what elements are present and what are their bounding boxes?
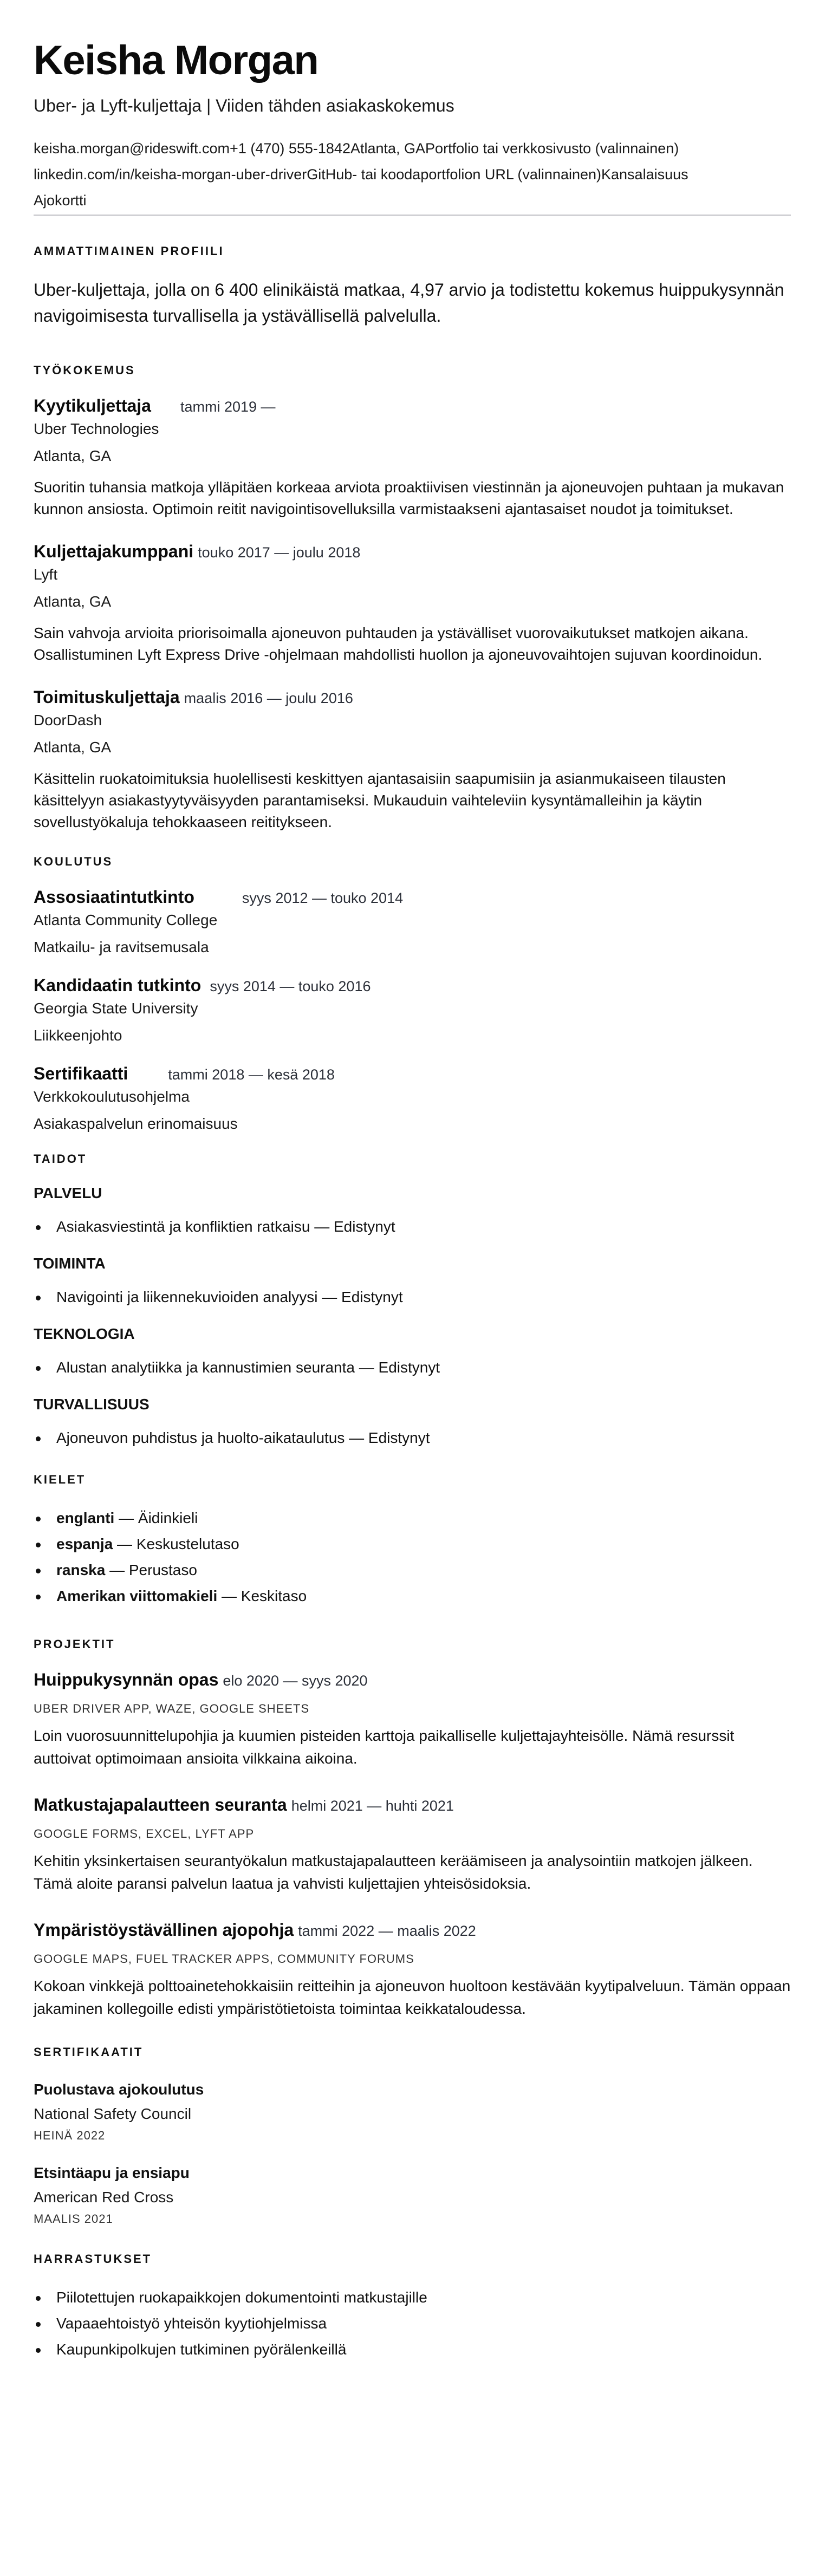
job-title: Kyytikuljettaja <box>34 396 151 416</box>
project-name: Huippukysynnän opas <box>34 1670 218 1690</box>
project-dates: helmi 2021 — huhti 2021 <box>291 1798 454 1814</box>
certification-entry: Puolustava ajokoulutusNational Safety Co… <box>34 2078 791 2145</box>
project-entry: Matkustajapalautteen seurantahelmi 2021 … <box>34 1795 791 1895</box>
headline: Uber- ja Lyft-kuljettaja | Viiden tähden… <box>34 95 791 116</box>
contact-line-2: linkedin.com/in/keisha-morgan-uber-drive… <box>34 161 791 187</box>
language-level: — Perustaso <box>105 1562 197 1578</box>
experience-section: Työkokemus Kyytikuljettajatammi 2019 —Ub… <box>34 363 791 833</box>
certification-name: Puolustava ajokoulutus <box>34 2078 791 2102</box>
contact-info: keisha.morgan@rideswift.com+1 (470) 555-… <box>34 135 791 213</box>
skill-item: Alustan analytiikka ja kannustimien seur… <box>34 1355 791 1381</box>
language-name: englanti <box>56 1510 114 1526</box>
degree-title: Sertifikaatti <box>34 1064 128 1084</box>
school-name: Verkkokoulutusohjelma <box>34 1085 791 1109</box>
job-location: Atlanta, GA <box>34 736 791 759</box>
citizenship: Kansalaisuus <box>601 166 688 183</box>
language-name: Amerikan viittomakieli <box>56 1588 217 1604</box>
contact-line-3: Ajokortti <box>34 187 791 213</box>
profile-section: Ammattimainen profiili Uber-kuljettaja, … <box>34 244 791 329</box>
language-item: ranska — Perustaso <box>34 1557 791 1583</box>
experience-entry: Kuljettajakumppanitouko 2017 — joulu 201… <box>34 542 791 666</box>
language-name: espanja <box>56 1536 113 1552</box>
header-divider <box>34 214 791 216</box>
project-tech-stack: Uber Driver App, Waze, Google Sheets <box>34 1702 791 1716</box>
skill-item: Ajoneuvon puhdistus ja huolto-aikataulut… <box>34 1425 791 1451</box>
skill-group: PalveluAsiakasviestintä ja konfliktien r… <box>34 1185 791 1240</box>
company-name: DoorDash <box>34 708 791 732</box>
interests-section: Harrastukset Piilotettujen ruokapaikkoje… <box>34 2252 791 2363</box>
section-title: Harrastukset <box>34 2252 791 2266</box>
skill-group: ToimintaNavigointi ja liikennekuvioiden … <box>34 1255 791 1310</box>
project-description: Kokoan vinkkejä polttoainetehokkaisiin r… <box>34 1975 791 2020</box>
education-dates: syys 2012 — touko 2014 <box>242 890 403 907</box>
degree-title: Assosiaatintutkinto <box>34 887 194 907</box>
job-location: Atlanta, GA <box>34 590 791 614</box>
skill-list: Asiakasviestintä ja konfliktien ratkaisu… <box>34 1214 791 1240</box>
project-name: Ympäristöystävällinen ajopohja <box>34 1920 294 1940</box>
section-title: Sertifikaatit <box>34 2045 791 2059</box>
company-name: Lyft <box>34 563 791 587</box>
school-name: Atlanta Community College <box>34 908 791 932</box>
entry-header: Ympäristöystävällinen ajopohjatammi 2022… <box>34 1920 791 1940</box>
skills-list: PalveluAsiakasviestintä ja konfliktien r… <box>34 1185 791 1451</box>
contact-line-1: keisha.morgan@rideswift.com+1 (470) 555-… <box>34 135 791 161</box>
education-dates: tammi 2018 — kesä 2018 <box>168 1066 335 1083</box>
education-section: Koulutus Assosiaatintutkintosyys 2012 — … <box>34 855 791 1136</box>
job-location: Atlanta, GA <box>34 444 791 468</box>
drivers-license: Ajokortti <box>34 192 87 209</box>
project-dates: elo 2020 — syys 2020 <box>223 1673 367 1689</box>
certification-issuer: American Red Cross <box>34 2185 791 2210</box>
email-link[interactable]: keisha.morgan@rideswift.com <box>34 140 230 157</box>
field-of-study: Matkailu- ja ravitsemusala <box>34 935 791 959</box>
language-item: englanti — Äidinkieli <box>34 1505 791 1531</box>
project-description: Kehitin yksinkertaisen seurantyökalun ma… <box>34 1850 791 1895</box>
job-title: Kuljettajakumppani <box>34 542 193 562</box>
education-dates: syys 2014 — touko 2016 <box>210 978 370 995</box>
skills-section: Taidot PalveluAsiakasviestintä ja konfli… <box>34 1152 791 1451</box>
education-entry: Kandidaatin tutkintosyys 2014 — touko 20… <box>34 975 791 1048</box>
section-title: Taidot <box>34 1152 791 1166</box>
project-tech-stack: Google Maps, Fuel Tracker Apps, Communit… <box>34 1952 791 1966</box>
certification-name: Etsintäapu ja ensiapu <box>34 2161 791 2185</box>
projects-section: Projektit Huippukysynnän opaselo 2020 — … <box>34 1637 791 2020</box>
certification-entry: Etsintäapu ja ensiapuAmerican Red CrossM… <box>34 2161 791 2228</box>
company-name: Uber Technologies <box>34 417 791 441</box>
experience-list: Kyytikuljettajatammi 2019 —Uber Technolo… <box>34 396 791 833</box>
skill-category: Turvallisuus <box>34 1396 791 1413</box>
section-title: Koulutus <box>34 855 791 869</box>
job-dates: tammi 2019 — <box>180 399 276 415</box>
skill-group: TurvallisuusAjoneuvon puhdistus ja huolt… <box>34 1396 791 1451</box>
job-description: Sain vahvoja arvioita priorisoimalla ajo… <box>34 622 791 666</box>
skill-category: Palvelu <box>34 1185 791 1202</box>
job-description: Käsittelin ruokatoimituksia huolellisest… <box>34 768 791 833</box>
entry-header: Kandidaatin tutkintosyys 2014 — touko 20… <box>34 975 791 996</box>
project-entry: Ympäristöystävällinen ajopohjatammi 2022… <box>34 1920 791 2020</box>
skill-list: Alustan analytiikka ja kannustimien seur… <box>34 1355 791 1381</box>
section-title: Kielet <box>34 1473 791 1487</box>
certification-issuer: National Safety Council <box>34 2102 791 2126</box>
school-name: Georgia State University <box>34 997 791 1020</box>
portfolio-link[interactable]: Portfolio tai verkkosivusto (valinnainen… <box>425 140 679 157</box>
profile-summary: Uber-kuljettaja, jolla on 6 400 elinikäi… <box>34 277 791 329</box>
entry-header: Kyytikuljettajatammi 2019 — <box>34 396 791 416</box>
skill-group: TeknologiaAlustan analytiikka ja kannust… <box>34 1325 791 1381</box>
languages-list: englanti — Äidinkieliespanja — Keskustel… <box>34 1505 791 1609</box>
field-of-study: Asiakaspalvelun erinomaisuus <box>34 1112 791 1136</box>
interest-item: Piilotettujen ruokapaikkojen dokumentoin… <box>34 2285 791 2311</box>
language-level: — Keskustelutaso <box>113 1536 239 1552</box>
language-item: espanja — Keskustelutaso <box>34 1531 791 1557</box>
github-link[interactable]: GitHub- tai koodaportfolion URL (valinna… <box>307 166 601 183</box>
skill-item: Navigointi ja liikennekuvioiden analyysi… <box>34 1284 791 1310</box>
education-entry: Assosiaatintutkintosyys 2012 — touko 201… <box>34 887 791 959</box>
entry-header: Matkustajapalautteen seurantahelmi 2021 … <box>34 1795 791 1815</box>
job-dates: maalis 2016 — joulu 2016 <box>184 690 353 707</box>
language-level: — Äidinkieli <box>114 1510 198 1526</box>
phone-link[interactable]: +1 (470) 555-1842 <box>230 140 350 157</box>
project-tech-stack: Google Forms, Excel, Lyft App <box>34 1827 791 1841</box>
skill-list: Ajoneuvon puhdistus ja huolto-aikataulut… <box>34 1425 791 1451</box>
location: Atlanta, GA <box>350 140 425 157</box>
language-level: — Keskitaso <box>217 1588 307 1604</box>
skill-category: Teknologia <box>34 1325 791 1343</box>
skill-item: Asiakasviestintä ja konfliktien ratkaisu… <box>34 1214 791 1240</box>
resume-header: Keisha Morgan Uber- ja Lyft-kuljettaja |… <box>34 38 791 216</box>
section-title: Ammattimainen profiili <box>34 244 791 258</box>
entry-header: Toimituskuljettajamaalis 2016 — joulu 20… <box>34 687 791 707</box>
job-title: Toimituskuljettaja <box>34 687 180 707</box>
entry-header: Assosiaatintutkintosyys 2012 — touko 201… <box>34 887 791 907</box>
education-list: Assosiaatintutkintosyys 2012 — touko 201… <box>34 887 791 1136</box>
interest-item: Vapaaehtoistyö yhteisön kyytiohjelmissa <box>34 2311 791 2337</box>
project-description: Loin vuorosuunnittelupohjia ja kuumien p… <box>34 1725 791 1770</box>
degree-title: Kandidaatin tutkinto <box>34 975 201 996</box>
education-entry: Sertifikaattitammi 2018 — kesä 2018Verkk… <box>34 1064 791 1136</box>
experience-entry: Kyytikuljettajatammi 2019 —Uber Technolo… <box>34 396 791 520</box>
entry-header: Sertifikaattitammi 2018 — kesä 2018 <box>34 1064 791 1084</box>
certifications-list: Puolustava ajokoulutusNational Safety Co… <box>34 2078 791 2228</box>
linkedin-link[interactable]: linkedin.com/in/keisha-morgan-uber-drive… <box>34 166 307 183</box>
resume-page: Keisha Morgan Uber- ja Lyft-kuljettaja |… <box>0 0 832 2395</box>
skill-list: Navigointi ja liikennekuvioiden analyysi… <box>34 1284 791 1310</box>
certification-date: HEINÄ 2022 <box>34 2126 791 2145</box>
field-of-study: Liikkeenjohto <box>34 1024 791 1048</box>
language-item: Amerikan viittomakieli — Keskitaso <box>34 1583 791 1609</box>
language-name: ranska <box>56 1562 105 1578</box>
job-dates: touko 2017 — joulu 2018 <box>198 544 360 561</box>
project-entry: Huippukysynnän opaselo 2020 — syys 2020U… <box>34 1670 791 1770</box>
experience-entry: Toimituskuljettajamaalis 2016 — joulu 20… <box>34 687 791 833</box>
certifications-section: Sertifikaatit Puolustava ajokoulutusNati… <box>34 2045 791 2228</box>
interest-item: Kaupunkipolkujen tutkiminen pyörälenkeil… <box>34 2337 791 2363</box>
languages-section: Kielet englanti — Äidinkieliespanja — Ke… <box>34 1473 791 1609</box>
projects-list: Huippukysynnän opaselo 2020 — syys 2020U… <box>34 1670 791 2020</box>
entry-header: Kuljettajakumppanitouko 2017 — joulu 201… <box>34 542 791 562</box>
job-description: Suoritin tuhansia matkoja ylläpitäen kor… <box>34 477 791 520</box>
section-title: Työkokemus <box>34 363 791 378</box>
project-dates: tammi 2022 — maalis 2022 <box>298 1923 476 1940</box>
interests-list: Piilotettujen ruokapaikkojen dokumentoin… <box>34 2285 791 2363</box>
section-title: Projektit <box>34 1637 791 1651</box>
skill-category: Toiminta <box>34 1255 791 1272</box>
certification-date: MAALIS 2021 <box>34 2210 791 2228</box>
candidate-name: Keisha Morgan <box>34 38 791 83</box>
project-name: Matkustajapalautteen seuranta <box>34 1795 287 1815</box>
entry-header: Huippukysynnän opaselo 2020 — syys 2020 <box>34 1670 791 1690</box>
